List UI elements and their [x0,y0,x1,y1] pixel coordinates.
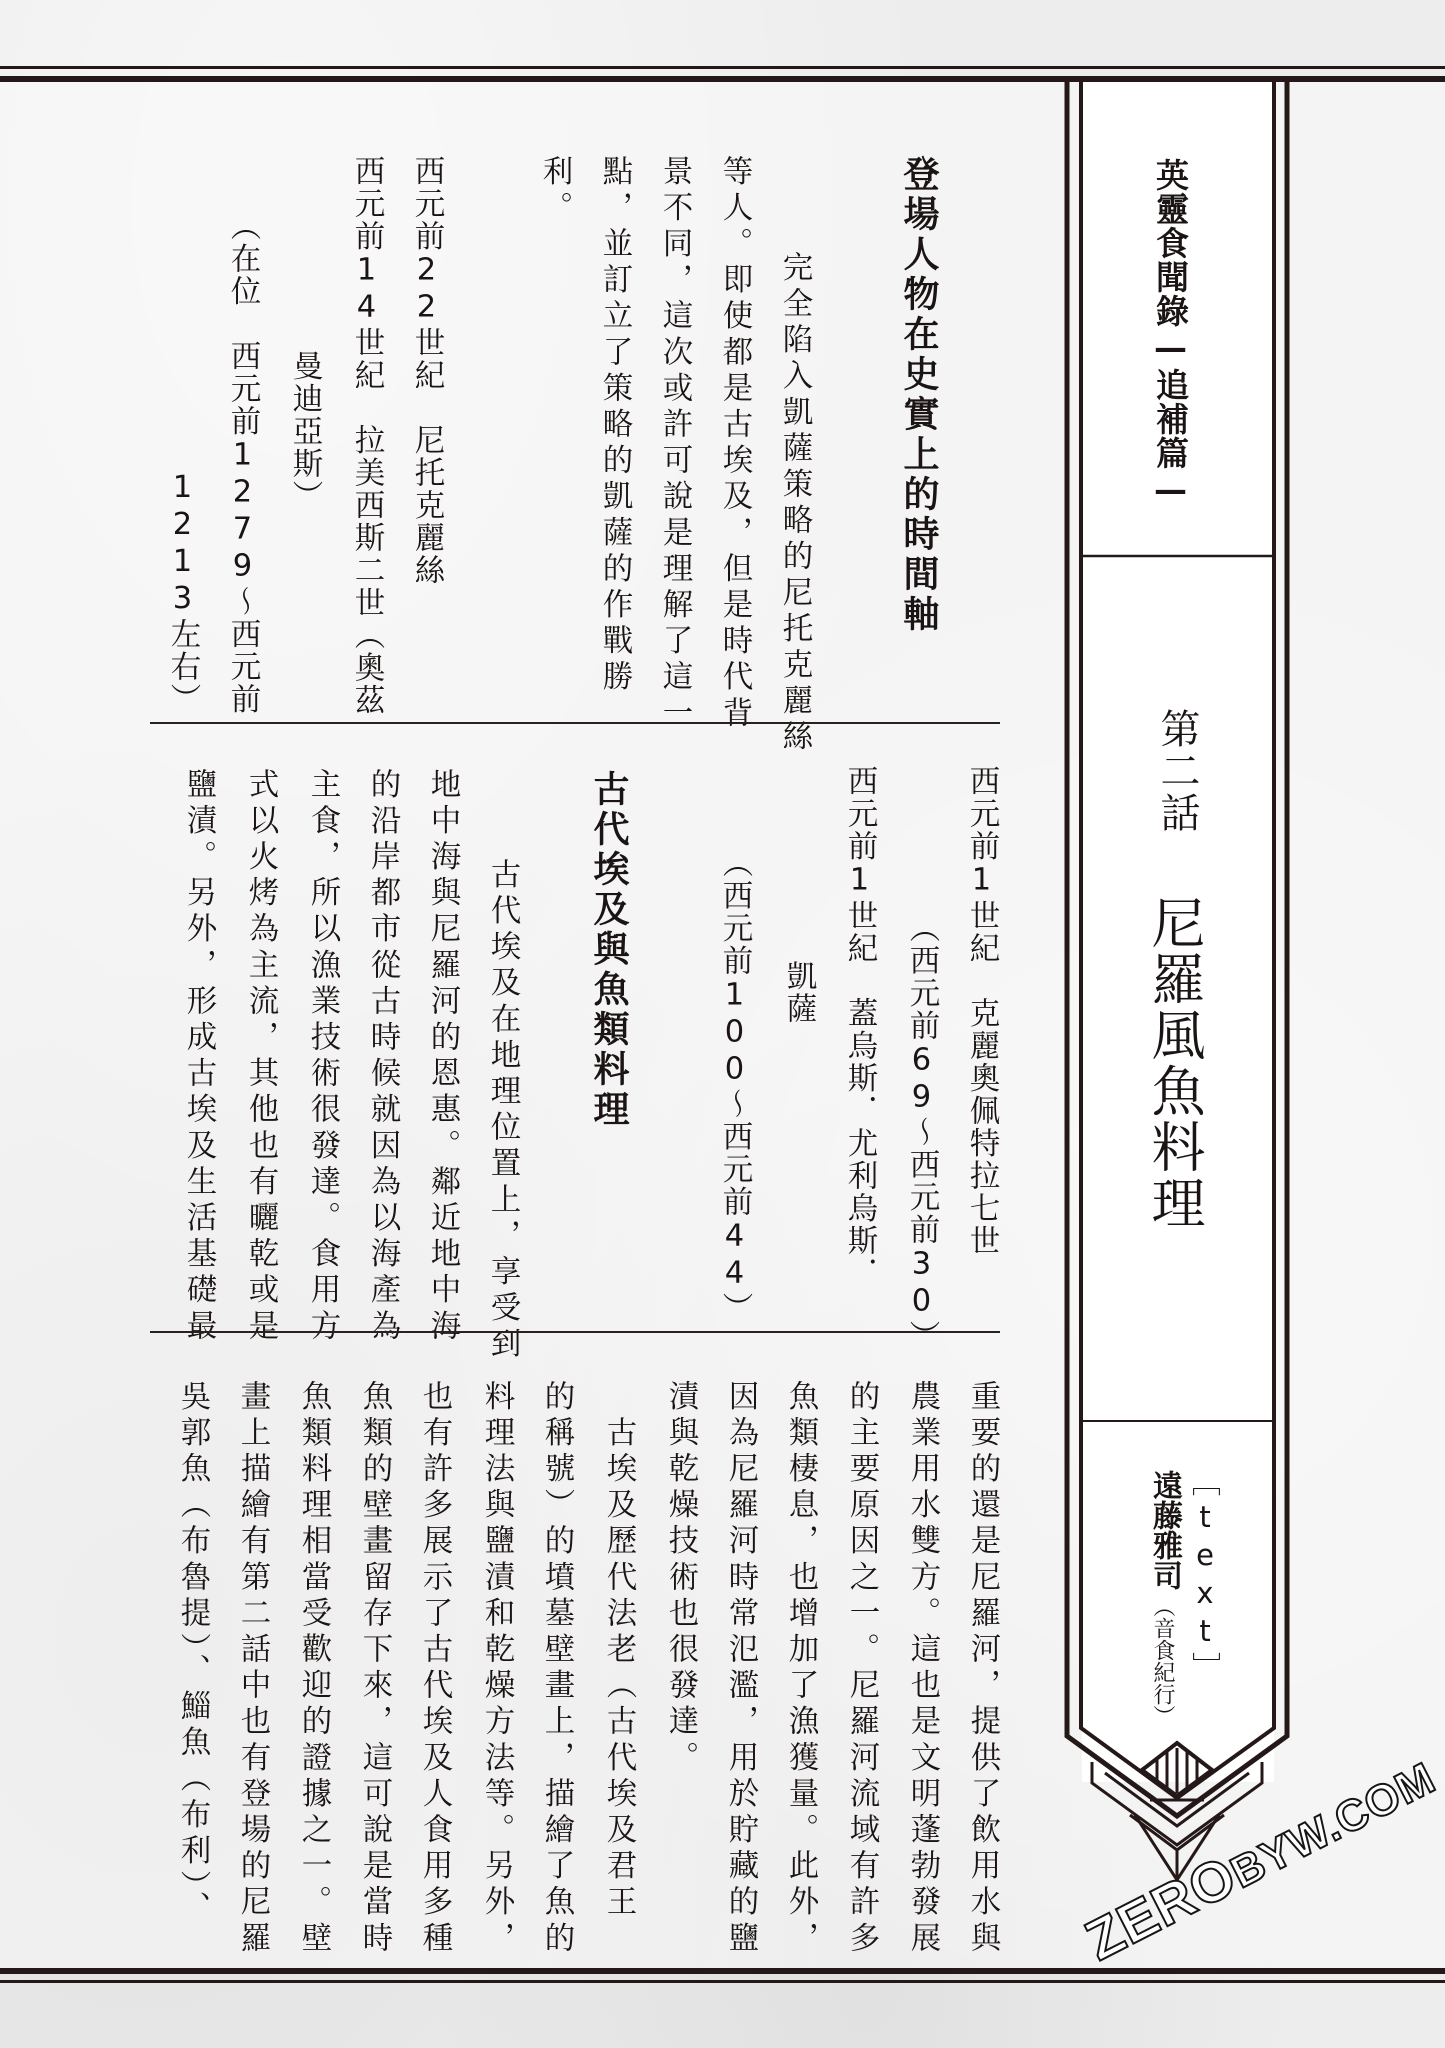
section3-paragraph-col: 吳郭魚（布魯提）、鯔魚（布利）、 [176,1380,208,1927]
timeline-entry: （西元前69～西元前30） [905,765,937,1353]
timeline-entry: 西元前22世紀 尼托克麗絲 [410,155,442,587]
timeline-entry: 曼迪亞斯） [288,155,320,513]
section2-paragraph-col: 鹽漬。另外，形成古埃及生活基礎最 [182,768,214,1346]
chapter-number: 第二話 [1153,708,1201,834]
timeline-entry: 西元前1世紀 蓋烏斯．尤利烏斯． [843,765,875,1290]
chapter-title: 尼羅風魚料理 [1143,895,1205,1231]
section1-paragraph-col: 完全陷入凱薩策略的尼托克麗絲 [778,215,810,757]
timeline-entry: （西元前100～西元前44） [718,765,750,1325]
timeline-entry: 1213左右） [166,210,198,716]
section3-paragraph-col: 農業用水雙方。這也是文明蓬勃發展 [906,1380,938,1958]
section-divider [150,722,1000,724]
section1-paragraph-col: 利。 [538,155,570,227]
section-divider [150,1331,1000,1333]
section3-paragraph-col: 料理法與鹽漬和乾燥方法等。另外， [480,1380,512,1958]
section3-paragraph-col: 也有許多展示了古代埃及人食用多種 [418,1380,450,1958]
section3-paragraph-col: 的稱號）的墳墓壁畫上，描繪了魚的 [540,1380,572,1958]
section3-paragraph-col: 重要的還是尼羅河，提供了飲用水與 [966,1380,998,1958]
section3-paragraph-col: 漬與乾燥技術也很發達。 [664,1380,696,1777]
section3-paragraph-col: 魚類料理相當受歡迎的證據之一。壁 [297,1380,329,1958]
timeline-entry: （在位 西元前1279～西元前 [226,210,258,716]
section1-paragraph-col: 景不同，這次或許可說是理解了這一 [658,155,690,733]
section3-paragraph-col: 因為尼羅河時常氾濫，用於貯藏的鹽 [724,1380,756,1958]
section3-paragraph-col: 魚類棲息，也增加了漁獲量。此外， [784,1380,816,1958]
section2-paragraph-col: 主食，所以漁業技術很發達。食用方 [306,768,338,1346]
timeline-entry: 西元前1世紀 克麗奧佩特拉七世 [965,765,997,1257]
section1-heading: 登場人物在史實上的時間軸 [898,155,938,635]
section2-paragraph-col: 地中海與尼羅河的恩惠。鄰近地中海 [426,768,458,1346]
section1-paragraph-col: 點，並訂立了策略的凱薩的作戰勝 [598,155,630,697]
credit-author: 遠藤雅司 [1146,1470,1182,1590]
timeline-entry: 凱薩 [782,765,814,1025]
section3-paragraph-col: 古埃及歷代法老（古代埃及君王 [602,1380,634,1922]
section1-paragraph-col: 等人。即使都是古埃及，但是時代背 [718,155,750,733]
credit-author-note: （音食紀行） [1148,1595,1176,1727]
section2-heading: 古代埃及與魚類料理 [588,770,628,1130]
timeline-entry: 西元前14世紀 拉美西斯二世（奧茲 [350,155,382,717]
section3-paragraph-col: 畫上描繪有第二話中也有登場的尼羅 [236,1380,268,1958]
section3-paragraph-col: 魚類的壁畫留存下來，這可說是當時 [358,1380,390,1958]
credit-label: ［text］ [1188,1467,1222,1685]
series-title: 英靈食聞錄—追補篇— [1150,158,1190,510]
section2-paragraph-col: 式以火烤為主流，其他也有曬乾或是 [244,768,276,1346]
section2-paragraph-col: 的沿岸都市從古時候就因為以海產為 [366,768,398,1346]
section3-paragraph-col: 的主要原因之一。尼羅河流域有許多 [845,1380,877,1958]
section2-paragraph-col: 古代埃及在地理位置上，享受到 [486,822,518,1364]
